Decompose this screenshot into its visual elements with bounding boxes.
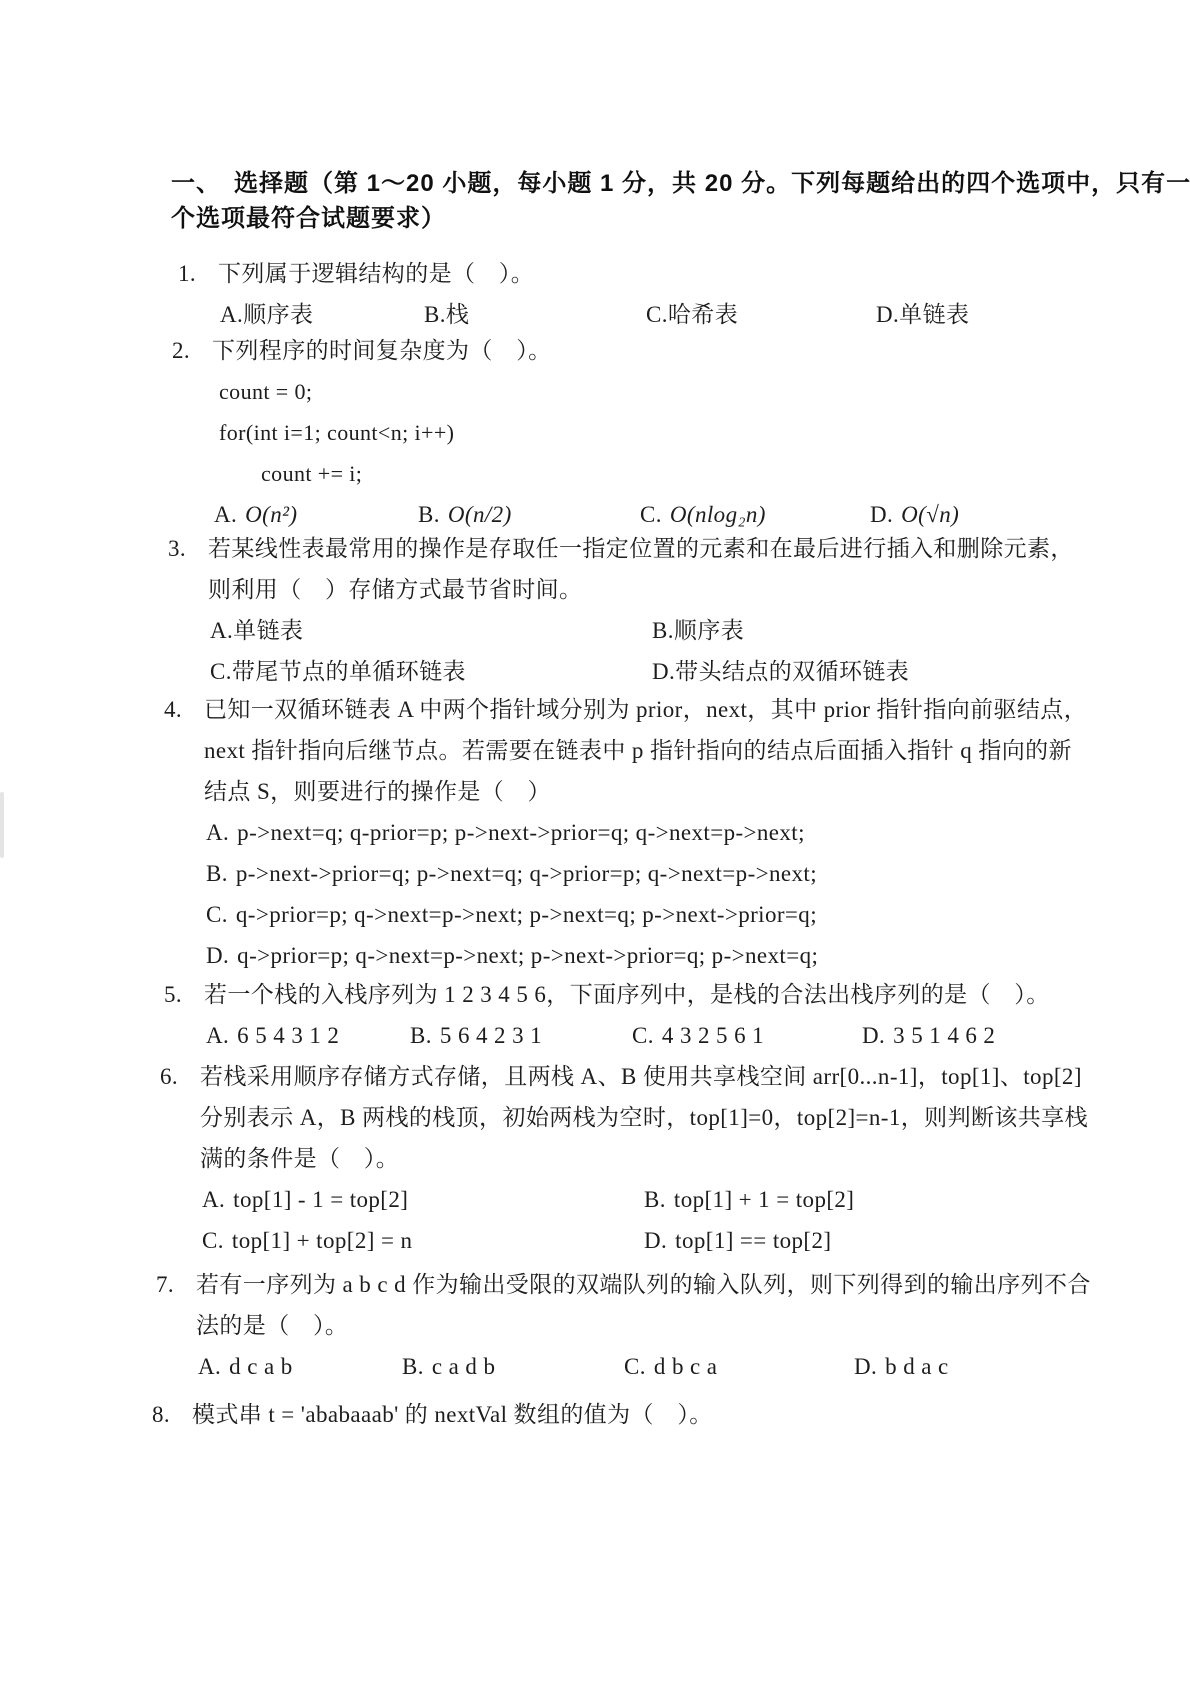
option-d-label: D. bbox=[862, 1023, 885, 1048]
question-4-text-line-3: 结点 S，则要进行的操作是（ ） bbox=[0, 771, 1190, 812]
question-1: 1. 下列属于逻辑结构的是（ ）。 A.顺序表 B.栈 C.哈希表 D.单链表 bbox=[0, 253, 1190, 335]
option-d-label: D. bbox=[206, 943, 229, 968]
option-c-label: C. bbox=[206, 902, 228, 927]
question-6-number: 6. bbox=[160, 1056, 178, 1097]
option-c: C.哈希表 bbox=[646, 294, 738, 335]
section-header-line-2: 个选项最符合试题要求） bbox=[171, 201, 1101, 236]
option-a-text: O(n²) bbox=[245, 502, 297, 527]
option-c: C.q->prior=p; q->next=p->next; p->next=q… bbox=[0, 894, 1190, 935]
option-d-text: O(√n) bbox=[901, 502, 959, 527]
option-a-label: A. bbox=[198, 1354, 221, 1379]
option-a-text: d c a b bbox=[229, 1354, 292, 1379]
option-d: D.单链表 bbox=[876, 294, 969, 335]
question-8-text: 模式串 t = 'ababaaab' 的 nextVal 数组的值为（ ）。 bbox=[0, 1394, 1190, 1435]
option-d-label: D. bbox=[876, 302, 899, 327]
option-b-text: top[1] + 1 = top[2] bbox=[674, 1187, 854, 1212]
question-8-number: 8. bbox=[152, 1394, 170, 1435]
option-b-text: O(n/2) bbox=[448, 502, 512, 527]
option-d-text: 带头结点的双循环链表 bbox=[675, 659, 909, 684]
question-2: 2. 下列程序的时间复杂度为（ ）。 count = 0; for(int i=… bbox=[0, 330, 1190, 535]
question-3-number: 3. bbox=[168, 528, 186, 569]
option-c-label: C. bbox=[632, 1023, 654, 1048]
question-4-number: 4. bbox=[164, 689, 182, 730]
option-b: B.top[1] + 1 = top[2] bbox=[644, 1179, 854, 1220]
option-d-label: D. bbox=[644, 1228, 667, 1253]
option-b-label: B. bbox=[206, 861, 228, 886]
option-c-label: C. bbox=[640, 502, 662, 527]
option-d: D.q->prior=p; q->next=p->next; p->next->… bbox=[0, 935, 1190, 976]
option-c-text: top[1] + top[2] = n bbox=[232, 1228, 412, 1253]
option-b-label: B. bbox=[424, 302, 446, 327]
question-3-options-row-2: C.带尾节点的单循环链表 D.带头结点的双循环链表 bbox=[0, 651, 1190, 692]
option-d-text: top[1] == top[2] bbox=[675, 1228, 831, 1253]
option-c-label: C. bbox=[624, 1354, 646, 1379]
option-d-label: D. bbox=[652, 659, 675, 684]
option-c-label: C. bbox=[210, 659, 232, 684]
question-7: 7. 若有一序列为 a b c d 作为输出受限的双端队列的输入队列，则下列得到… bbox=[0, 1264, 1190, 1387]
question-5-number: 5. bbox=[164, 974, 182, 1015]
option-c-text: O(nlog₂n) bbox=[670, 502, 766, 527]
option-b-label: B. bbox=[418, 502, 440, 527]
option-a-label: A. bbox=[220, 302, 243, 327]
question-8: 8. 模式串 t = 'ababaaab' 的 nextVal 数组的值为（ ）… bbox=[0, 1394, 1190, 1435]
option-b: B.c a d b bbox=[402, 1346, 495, 1387]
question-6-text-line-3: 满的条件是（ ）。 bbox=[0, 1138, 1190, 1179]
question-6-options-row-1: A.top[1] - 1 = top[2] B.top[1] + 1 = top… bbox=[0, 1179, 1190, 1220]
code-line-3: count += i; bbox=[0, 453, 1190, 494]
code-line-1: count = 0; bbox=[0, 371, 1190, 412]
option-d-text: 单链表 bbox=[899, 302, 969, 327]
option-b-label: B. bbox=[410, 1023, 432, 1048]
question-3: 3. 若某线性表最常用的操作是存取任一指定位置的元素和在最后进行插入和删除元素，… bbox=[0, 528, 1190, 692]
option-a-text: 顺序表 bbox=[243, 302, 313, 327]
option-b-label: B. bbox=[652, 618, 674, 643]
option-b: B.5 6 4 2 3 1 bbox=[410, 1015, 542, 1056]
option-c-text: 4 3 2 5 6 1 bbox=[662, 1023, 764, 1048]
question-3-options-row-1: A.单链表 B.顺序表 bbox=[0, 610, 1190, 651]
option-b: B.顺序表 bbox=[652, 610, 744, 651]
option-a: A.6 5 4 3 1 2 bbox=[206, 1015, 339, 1056]
question-4: 4. 已知一双循环链表 A 中两个指针域分别为 prior，next，其中 pr… bbox=[0, 689, 1190, 976]
option-a: A.单链表 bbox=[210, 610, 303, 651]
option-a: A.顺序表 bbox=[220, 294, 313, 335]
option-a-label: A. bbox=[202, 1187, 225, 1212]
option-a: A.d c a b bbox=[198, 1346, 293, 1387]
option-a-label: A. bbox=[210, 618, 233, 643]
option-c: C.d b c a bbox=[624, 1346, 717, 1387]
question-3-text-line-2: 则利用（ ）存储方式最节省时间。 bbox=[0, 569, 1190, 610]
question-6: 6. 若栈采用顺序存储方式存储，且两栈 A、B 使用共享栈空间 arr[0...… bbox=[0, 1056, 1190, 1261]
option-d-label: D. bbox=[854, 1354, 877, 1379]
section-header: 一、 选择题（第 1～20 小题，每小题 1 分，共 20 分。下列每题给出的四… bbox=[171, 166, 1101, 236]
question-7-text-line-1: 若有一序列为 a b c d 作为输出受限的双端队列的输入队列，则下列得到的输出… bbox=[0, 1264, 1190, 1305]
option-c: C.带尾节点的单循环链表 bbox=[210, 651, 466, 692]
option-d: D.top[1] == top[2] bbox=[644, 1220, 831, 1261]
question-1-number: 1. bbox=[178, 253, 196, 294]
option-b-label: B. bbox=[402, 1354, 424, 1379]
question-7-text-line-2: 法的是（ ）。 bbox=[0, 1305, 1190, 1346]
option-c: C.4 3 2 5 6 1 bbox=[632, 1015, 764, 1056]
question-6-text-line-1: 若栈采用顺序存储方式存储，且两栈 A、B 使用共享栈空间 arr[0...n-1… bbox=[0, 1056, 1190, 1097]
option-a-label: A. bbox=[206, 820, 229, 845]
option-b-text: 5 6 4 2 3 1 bbox=[440, 1023, 542, 1048]
option-d-text: 3 5 1 4 6 2 bbox=[893, 1023, 995, 1048]
section-header-line-1: 一、 选择题（第 1～20 小题，每小题 1 分，共 20 分。下列每题给出的四… bbox=[171, 166, 1101, 201]
option-d: D.带头结点的双循环链表 bbox=[652, 651, 909, 692]
option-c-text: q->prior=p; q->next=p->next; p->next=q; … bbox=[236, 902, 817, 927]
code-line-2: for(int i=1; count<n; i++) bbox=[0, 412, 1190, 453]
option-b-text: c a d b bbox=[432, 1354, 495, 1379]
option-b-text: 栈 bbox=[446, 302, 469, 327]
question-7-number: 7. bbox=[156, 1264, 174, 1305]
option-a-label: A. bbox=[206, 1023, 229, 1048]
option-b: B.栈 bbox=[424, 294, 469, 335]
option-c-text: 哈希表 bbox=[668, 302, 738, 327]
option-d: D.3 5 1 4 6 2 bbox=[862, 1015, 995, 1056]
option-d-text: b d a c bbox=[885, 1354, 948, 1379]
question-1-options: A.顺序表 B.栈 C.哈希表 D.单链表 bbox=[0, 294, 1190, 335]
option-a-text: top[1] - 1 = top[2] bbox=[233, 1187, 408, 1212]
option-b: B.p->next->prior=q; p->next=q; q->prior=… bbox=[0, 853, 1190, 894]
option-a-text: 单链表 bbox=[233, 618, 303, 643]
option-d-label: D. bbox=[870, 502, 893, 527]
option-a-text: 6 5 4 3 1 2 bbox=[237, 1023, 339, 1048]
option-b-text: 顺序表 bbox=[674, 618, 744, 643]
question-6-options-row-2: C.top[1] + top[2] = n D.top[1] == top[2] bbox=[0, 1220, 1190, 1261]
option-a: A.p->next=q; q-prior=p; p->next->prior=q… bbox=[0, 812, 1190, 853]
option-c-label: C. bbox=[202, 1228, 224, 1253]
question-7-options: A.d c a b B.c a d b C.d b c a D.b d a c bbox=[0, 1346, 1190, 1387]
question-6-text-line-2: 分别表示 A，B 两栈的栈顶，初始两栈为空时，top[1]=0，top[2]=n… bbox=[0, 1097, 1190, 1138]
option-c-text: 带尾节点的单循环链表 bbox=[232, 659, 466, 684]
option-c-label: C. bbox=[646, 302, 668, 327]
option-b-label: B. bbox=[644, 1187, 666, 1212]
option-d: D.b d a c bbox=[854, 1346, 949, 1387]
option-a-label: A. bbox=[214, 502, 237, 527]
question-2-number: 2. bbox=[172, 330, 190, 371]
question-5-options: A.6 5 4 3 1 2 B.5 6 4 2 3 1 C.4 3 2 5 6 … bbox=[0, 1015, 1190, 1056]
question-4-text-line-2: next 指针指向后继节点。若需要在链表中 p 指针指向的结点后面插入指针 q … bbox=[0, 730, 1190, 771]
exam-page: 一、 选择题（第 1～20 小题，每小题 1 分，共 20 分。下列每题给出的四… bbox=[0, 0, 1190, 1683]
option-a: A.top[1] - 1 = top[2] bbox=[202, 1179, 408, 1220]
option-b-text: p->next->prior=q; p->next=q; q->prior=p;… bbox=[236, 861, 817, 886]
option-a-text: p->next=q; q-prior=p; p->next->prior=q; … bbox=[237, 820, 805, 845]
question-5: 5. 若一个栈的入栈序列为 1 2 3 4 5 6，下面序列中，是栈的合法出栈序… bbox=[0, 974, 1190, 1056]
option-c: C.top[1] + top[2] = n bbox=[202, 1220, 412, 1261]
option-d-text: q->prior=p; q->next=p->next; p->next->pr… bbox=[237, 943, 818, 968]
option-c-text: d b c a bbox=[654, 1354, 717, 1379]
